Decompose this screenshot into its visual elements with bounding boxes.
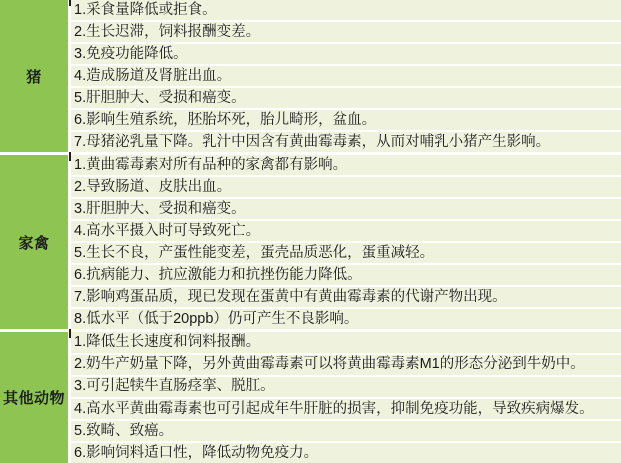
effect-text: 3.免疫功能降低。	[74, 47, 188, 62]
effect-row: 6.抗病能力、抗应激能力和抗挫伤能力降低。	[71, 265, 621, 285]
effect-row: 1.采食量降低或拒食。	[71, 0, 621, 20]
effect-text: 7.影响鸡蛋品质，现已发现在蛋黄中有黄曲霉毒素的代谢产物出现。	[74, 290, 507, 305]
effect-text: 8.低水平（低于20ppb）仍可产生不良影响。	[74, 312, 358, 327]
effect-text: 1.黄曲霉毒素对所有品种的家禽都有影响。	[74, 158, 347, 173]
effect-row: 1.黄曲霉毒素对所有品种的家禽都有影响。	[71, 155, 621, 175]
animal-category-label: 家禽	[18, 232, 49, 253]
table-border-tick	[69, 152, 71, 161]
effect-text: 6.影响饲料适口性，降低动物免疫力。	[74, 446, 318, 461]
effect-text: 3.可引起犊牛直肠痉挛、脱肛。	[74, 379, 275, 394]
effect-text: 6.影响生殖系统，胚胎坏死，胎儿畸形，盆血。	[74, 113, 376, 128]
effect-row: 1.降低生长速度和饲料报酬。	[71, 332, 621, 352]
table-section-3: 其他动物 1.降低生长速度和饲料报酬。 2.奶牛产奶量下降，另外黄曲霉毒素可以将…	[0, 332, 621, 463]
effects-list: 1.黄曲霉毒素对所有品种的家禽都有影响。 2.导致肠道、皮肤出血。 3.肝胆肿大…	[71, 155, 621, 329]
effect-row: 4.高水平摄入时可导致死亡。	[71, 221, 621, 241]
animal-category-label: 猪	[26, 66, 42, 87]
table-border-tick	[69, 329, 71, 338]
effect-text: 6.抗病能力、抗应激能力和抗挫伤能力降低。	[74, 268, 362, 283]
table-border-tick	[69, 0, 71, 6]
effect-row: 2.生长迟滞，饲料报酬变差。	[71, 22, 621, 42]
effect-row: 3.可引起犊牛直肠痉挛、脱肛。	[71, 377, 621, 397]
effect-text: 5.致畸、致癌。	[74, 424, 173, 439]
effect-row: 4.高水平黄曲霉毒素也可引起成年牛肝脏的损害，抑制免疫功能，导致疾病爆发。	[71, 399, 621, 419]
animal-category-cell: 猪	[0, 0, 68, 152]
effect-row: 4.造成肠道及肾脏出血。	[71, 66, 621, 86]
effect-text: 5.肝胆肿大、受损和癌变。	[74, 91, 246, 106]
effect-row: 5.致畸、致癌。	[71, 421, 621, 441]
effect-text: 3.肝胆肿大、受损和癌变。	[74, 202, 246, 217]
effect-row: 6.影响生殖系统，胚胎坏死，胎儿畸形，盆血。	[71, 110, 621, 130]
effect-row: 3.免疫功能降低。	[71, 44, 621, 64]
effect-text: 4.高水平黄曲霉毒素也可引起成年牛肝脏的损害，抑制免疫功能，导致疾病爆发。	[74, 402, 594, 417]
effect-text: 4.高水平摄入时可导致死亡。	[74, 224, 260, 239]
effect-text: 1.采食量降低或拒食。	[74, 3, 217, 18]
effect-row: 7.影响鸡蛋品质，现已发现在蛋黄中有黄曲霉毒素的代谢产物出现。	[71, 287, 621, 307]
effect-text: 4.造成肠道及肾脏出血。	[74, 69, 231, 84]
effect-row: 2.导致肠道、皮肤出血。	[71, 177, 621, 197]
effect-row: 3.肝胆肿大、受损和癌变。	[71, 199, 621, 219]
effect-row: 2.奶牛产奶量下降，另外黄曲霉毒素可以将黄曲霉毒素M1的形态分泌到牛奶中。	[71, 355, 621, 375]
effect-text: 1.降低生长速度和饲料报酬。	[74, 335, 260, 350]
effect-text: 2.导致肠道、皮肤出血。	[74, 180, 231, 195]
effect-text: 5.生长不良，产蛋性能变差，蛋壳品质恶化，蛋重减轻。	[74, 246, 434, 261]
effect-row: 5.生长不良，产蛋性能变差，蛋壳品质恶化，蛋重减轻。	[71, 243, 621, 263]
table-section-2: 家禽 1.黄曲霉毒素对所有品种的家禽都有影响。 2.导致肠道、皮肤出血。 3.肝…	[0, 155, 621, 329]
effect-text: 7.母猪泌乳量下降。乳汁中因含有黄曲霉毒素，从而对哺乳小猪产生影响。	[74, 135, 550, 150]
table-section-1: 猪 1.采食量降低或拒食。 2.生长迟滞，饲料报酬变差。 3.免疫功能降低。 4…	[0, 0, 621, 152]
effect-row: 7.母猪泌乳量下降。乳汁中因含有黄曲霉毒素，从而对哺乳小猪产生影响。	[71, 132, 621, 152]
effect-row: 6.影响饲料适口性，降低动物免疫力。	[71, 443, 621, 463]
effect-row: 5.肝胆肿大、受损和癌变。	[71, 88, 621, 108]
effects-list: 1.采食量降低或拒食。 2.生长迟滞，饲料报酬变差。 3.免疫功能降低。 4.造…	[71, 0, 621, 152]
animal-category-cell: 其他动物	[0, 332, 68, 463]
animal-category-label: 其他动物	[3, 387, 65, 408]
effects-list: 1.降低生长速度和饲料报酬。 2.奶牛产奶量下降，另外黄曲霉毒素可以将黄曲霉毒素…	[71, 332, 621, 463]
effect-text: 2.生长迟滞，饲料报酬变差。	[74, 25, 260, 40]
effect-text: 2.奶牛产奶量下降，另外黄曲霉毒素可以将黄曲霉毒素M1的形态分泌到牛奶中。	[74, 357, 585, 372]
animal-effects-table: 猪 1.采食量降低或拒食。 2.生长迟滞，饲料报酬变差。 3.免疫功能降低。 4…	[0, 0, 621, 463]
animal-category-cell: 家禽	[0, 155, 68, 329]
effect-row: 8.低水平（低于20ppb）仍可产生不良影响。	[71, 309, 621, 329]
